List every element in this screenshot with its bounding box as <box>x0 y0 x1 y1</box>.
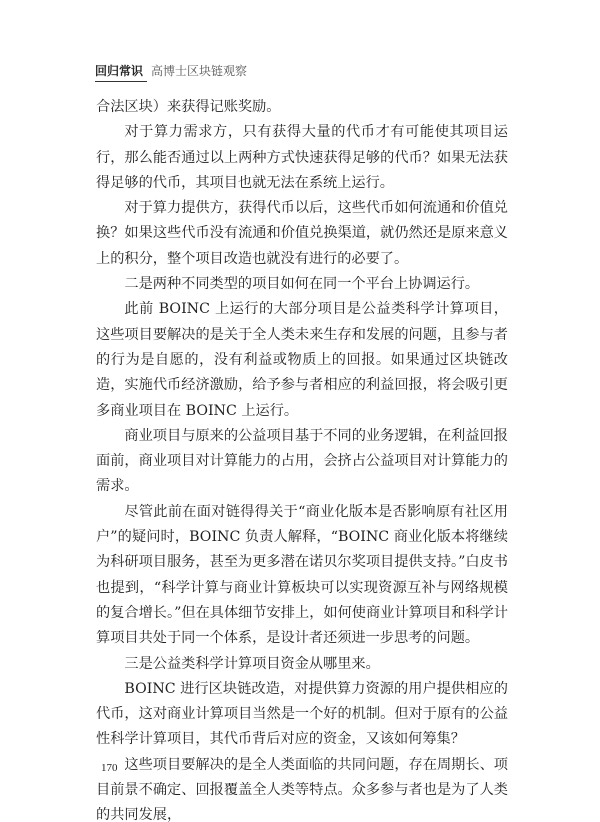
book-title: 高博士区块链观察 <box>151 64 247 78</box>
paragraph: 这些项目要解决的是全人类面临的共同问题，存在周期长、项目前景不确定、回报覆盖全人… <box>96 753 508 822</box>
paragraph: 对于算力需求方，只有获得大量的代币才有可能使其项目运行，那么能否通过以上两种方式… <box>96 120 508 196</box>
page-number: 170 <box>101 762 118 774</box>
header-underline <box>95 81 147 82</box>
paragraph: 三是公益类科学计算项目资金从哪里来。 <box>96 652 508 677</box>
paragraph: 此前 BOINC 上运行的大部分项目是公益类科学计算项目，这些项目要解决的是关于… <box>96 297 508 423</box>
paragraph: BOINC 进行区块链改造，对提供算力资源的用户提供相应的代币，这对商业计算项目… <box>96 677 508 753</box>
paragraph: 尽管此前在面对链得得关于“商业化版本是否影响原有社区用户”的疑问时，BOINC … <box>96 500 508 652</box>
paragraph: 二是两种不同类型的项目如何在同一个平台上协调运行。 <box>96 272 508 297</box>
paragraph: 合法区块）来获得记账奖励。 <box>96 95 508 120</box>
body-text: 合法区块）来获得记账奖励。 对于算力需求方，只有获得大量的代币才有可能使其项目运… <box>96 95 508 822</box>
series-title: 回归常识 <box>95 64 143 78</box>
running-header: 回归常识高博士区块链观察 <box>95 62 247 79</box>
paragraph: 商业项目与原来的公益项目基于不同的业务逻辑，在利益回报面前，商业项目对计算能力的… <box>96 424 508 500</box>
paragraph: 对于算力提供方，获得代币以后，这些代币如何流通和价值兑换？如果这些代币没有流通和… <box>96 196 508 272</box>
